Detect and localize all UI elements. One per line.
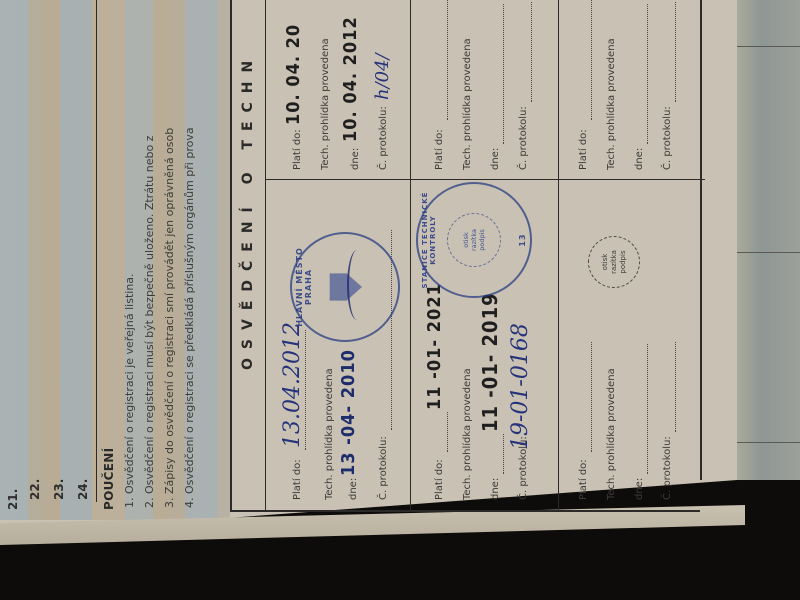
inspection-label: Tech. prohlídka provedena — [320, 38, 331, 170]
placeholder-text: razítka — [610, 237, 619, 287]
date-label: dne: — [634, 478, 645, 500]
valid-until-label: Platí do: — [434, 459, 445, 500]
instruction-item-3: 3. Zápisy do osvědčení o registraci smí … — [163, 128, 176, 508]
inspection-label: Tech. prohlídka provedena — [324, 368, 335, 500]
date-label: dne: — [634, 148, 645, 170]
stamp-text: HLAVNÍ MĚSTO PRAHA — [295, 234, 313, 340]
valid-until-label: Platí do: — [578, 129, 589, 170]
stamp-inner-circle: otisk razítka podpis — [447, 213, 501, 267]
inspection-date-value: 10. 04. 2012 — [340, 16, 361, 142]
row-number-21: 21. — [6, 489, 20, 510]
next-page-edge — [737, 0, 800, 480]
prague-official-stamp: HLAVNÍ MĚSTO PRAHA — [290, 232, 400, 342]
inspection-label: Tech. prohlídka provedena — [606, 368, 617, 500]
stk-station-stamp: STANICE TECHNICKÉ KONTROLY otisk razítka… — [416, 182, 532, 298]
row-divider — [558, 0, 559, 512]
inspection-date-value: 11 -01- 2019 — [478, 292, 502, 432]
stamp-number: 13 — [518, 184, 527, 296]
stamp-inner-text: podpis — [478, 214, 486, 266]
dotted-line — [503, 4, 504, 144]
divider-line — [96, 0, 97, 502]
date-label: dne: — [490, 478, 501, 500]
placeholder-text: podpis — [619, 237, 628, 287]
dotted-line — [305, 330, 306, 450]
protocol-label: Č. protokolu: — [518, 106, 529, 170]
protocol-label: Č. protokolu: — [662, 106, 673, 170]
instruction-item-1: 1. Osvědčení o registraci je veřejná lis… — [123, 273, 136, 508]
stamp-inner-text: razítka — [470, 214, 478, 266]
row-number-23: 23. — [52, 479, 66, 500]
next-page-rule — [737, 252, 800, 253]
valid-until-label: Platí do: — [292, 129, 303, 170]
valid-until-value: 11 -01- 2021 — [424, 283, 445, 410]
protocol-value: h/04/ — [372, 53, 393, 100]
inspection-label: Tech. prohlídka provedena — [462, 38, 473, 170]
dotted-line — [531, 2, 532, 102]
instructions-title: POUČENÍ — [102, 448, 116, 510]
inspection-date-value: 13 -04- 2010 — [338, 349, 359, 476]
date-label: dne: — [490, 148, 501, 170]
table-border-right — [700, 0, 702, 480]
instruction-item-2: 2. Osvědčení o registraci musí být bezpe… — [143, 136, 156, 508]
valid-until-value: 13.04.2012 — [280, 322, 305, 448]
valid-until-label: Platí do: — [578, 459, 589, 500]
certificate-section-title: OSVĚDČENÍ O TECHN — [240, 0, 256, 370]
valid-until-value: 10. 04. 20 — [283, 24, 304, 125]
valid-until-label: Platí do: — [292, 459, 303, 500]
date-label: dne: — [348, 478, 359, 500]
title-underline — [265, 0, 266, 512]
dotted-line — [647, 4, 648, 144]
placeholder-text: otisk — [601, 237, 610, 287]
stamp-placeholder-circle: otisk razítka podpis — [588, 236, 640, 288]
inspection-label: Tech. prohlídka provedena — [606, 38, 617, 170]
protocol-value: 19-01-0168 — [508, 323, 533, 450]
dotted-line — [503, 434, 504, 474]
stamp-inner-text: otisk — [462, 214, 470, 266]
dotted-line — [591, 0, 592, 120]
next-page-rule — [737, 442, 800, 443]
dotted-line — [675, 2, 676, 102]
next-page-rule — [737, 46, 800, 47]
instruction-item-4: 4. Osvědčení o registraci se předkládá p… — [183, 127, 196, 508]
dotted-line — [447, 0, 448, 120]
dotted-line — [675, 342, 676, 432]
dotted-line — [591, 342, 592, 452]
protocol-label: Č. protokolu: — [378, 106, 389, 170]
row-number-22: 22. — [28, 479, 42, 500]
protocol-label: Č. protokolu: — [378, 436, 389, 500]
table-border-bottom — [230, 511, 700, 513]
date-label: dne: — [350, 148, 361, 170]
signature-scribble — [347, 250, 367, 320]
dotted-line — [647, 344, 648, 474]
inspection-label: Tech. prohlídka provedena — [462, 368, 473, 500]
row-number-24: 24. — [76, 479, 90, 500]
valid-until-label: Platí do: — [434, 129, 445, 170]
row-divider — [410, 0, 411, 512]
stamp-text: STANICE TECHNICKÉ KONTROLY — [421, 184, 437, 296]
protocol-label: Č. protokolu: — [662, 436, 673, 500]
rotated-document-content: 21. 22. 23. 24. POUČENÍ 1. Osvědčení o r… — [0, 0, 740, 520]
column-divider — [265, 179, 705, 180]
dotted-line — [447, 412, 448, 452]
table-border-top — [230, 0, 232, 512]
